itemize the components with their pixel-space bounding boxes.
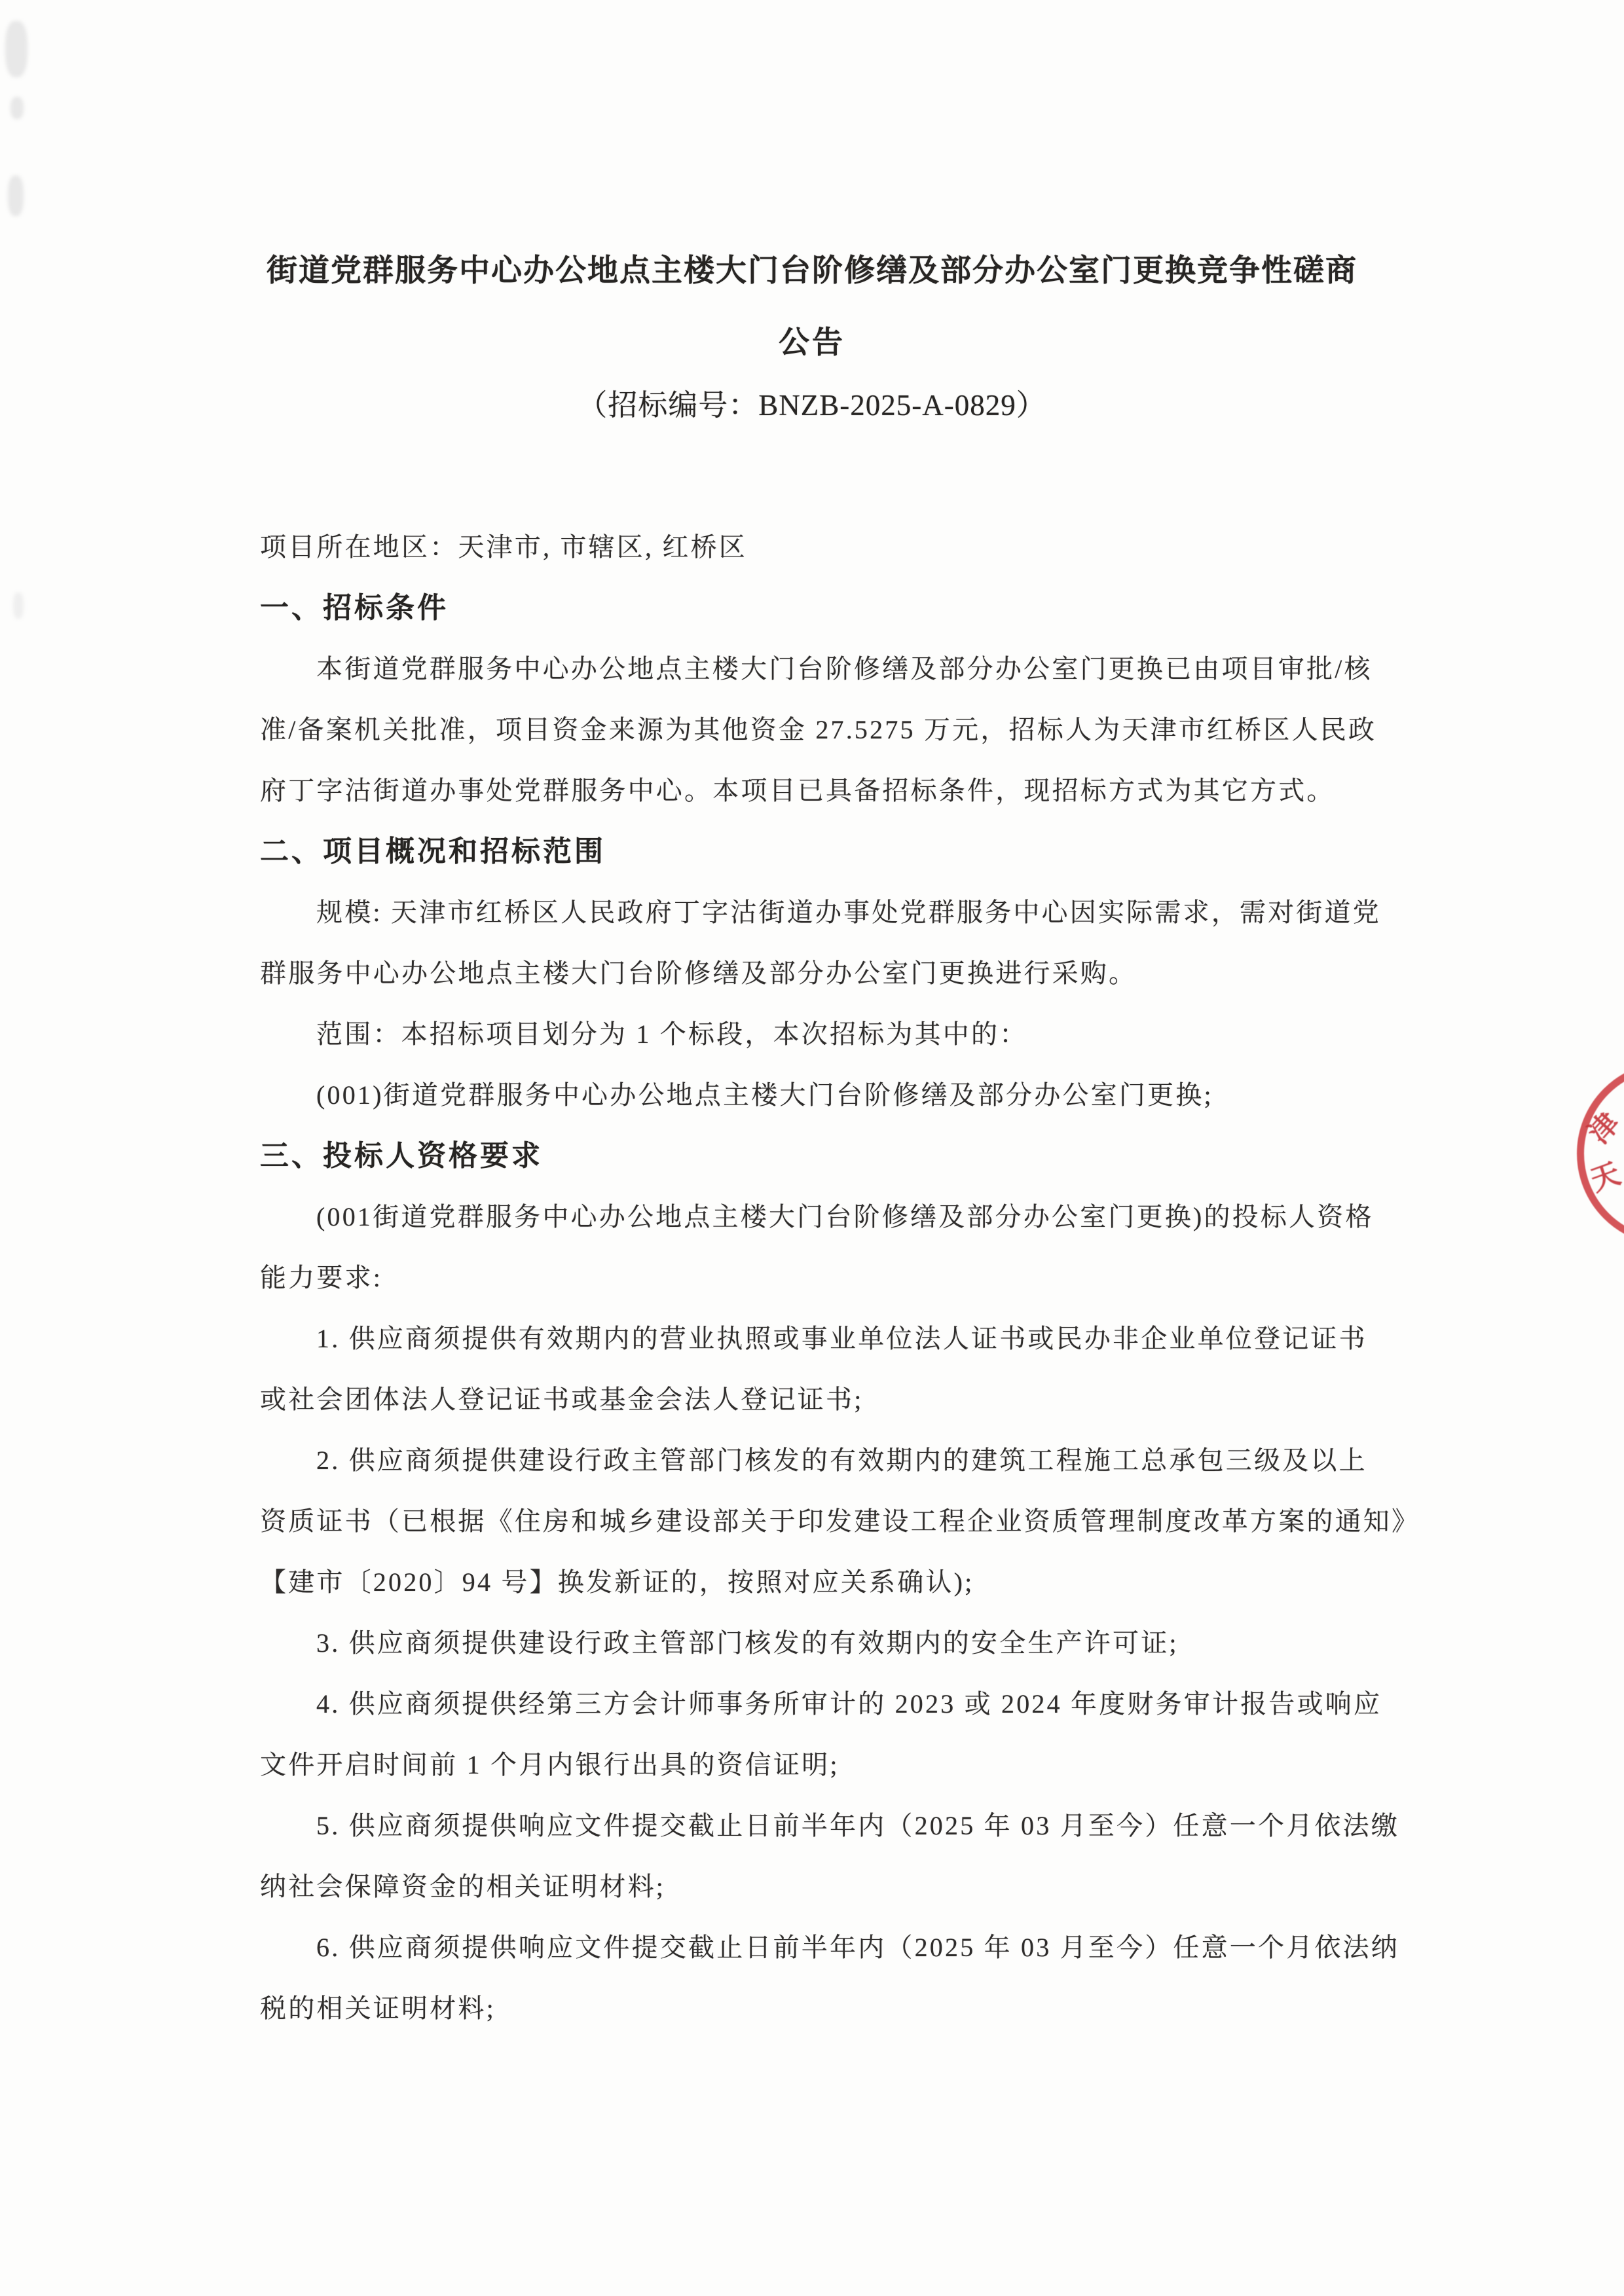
document-line: 范围：本招标项目划分为 1 个标段，本次招标为其中的： [260,1004,1386,1065]
document-line: 能力要求: [260,1247,1386,1308]
scan-smudge [5,21,28,77]
scan-smudge [8,175,24,216]
document-line: 纳社会保障资金的相关证明材料; [260,1856,1386,1917]
document-title-line2: 公告 [0,318,1624,362]
requirement-item-3: 3. 供应商须提供建设行政主管部门核发的有效期内的安全生产许可证; [260,1613,1386,1673]
requirement-item-6: 6. 供应商须提供响应文件提交截止日前半年内（2025 年 03 月至今）任意一… [260,1917,1386,1978]
document-line: 准/备案机关批准，项目资金来源为其他资金 27.5275 万元，招标人为天津市红… [260,699,1386,760]
document-line: 或社会团体法人登记证书或基金会法人登记证书; [260,1369,1386,1430]
scan-smudge [13,592,24,619]
document-line: 规模: 天津市红桥区人民政府丁字沽街道办事处党群服务中心因实际需求，需对街道党 [260,882,1386,943]
document-line: 资质证书（已根据《住房和城乡建设部关于印发建设工程企业资质管理制度改革方案的通知… [260,1491,1386,1552]
document-line: (001街道党群服务中心办公地点主楼大门台阶修缮及部分办公室门更换)的投标人资格 [260,1186,1386,1247]
document-line: 税的相关证明材料; [260,1978,1386,2039]
document-line: 【建市〔2020〕94 号】换发新证的，按照对应关系确认); [260,1552,1386,1613]
document-line: (001)街道党群服务中心办公地点主楼大门台阶修缮及部分办公室门更换; [260,1065,1386,1125]
document-line: 群服务中心办公地点主楼大门台阶修缮及部分办公室门更换进行采购。 [260,943,1386,1004]
document-title-line1: 街道党群服务中心办公地点主楼大门台阶修缮及部分办公室门更换竞争性磋商 [0,246,1624,290]
document-body: 项目所在地区：天津市, 市辖区, 红桥区 一、招标条件 本街道党群服务中心办公地… [260,517,1386,2039]
document-line: 府丁字沽街道办事处党群服务中心。本项目已具备招标条件，现招标方式为其它方式。 [260,760,1386,821]
requirement-item-5: 5. 供应商须提供响应文件提交截止日前半年内（2025 年 03 月至今）任意一… [260,1795,1386,1856]
document-line: 文件开启时间前 1 个月内银行出具的资信证明; [260,1734,1386,1795]
section-heading-2: 二、项目概况和招标范围 [260,821,1386,882]
tender-number: （招标编号：BNZB-2025-A-0829） [0,381,1624,424]
scanned-document-page: 街道党群服务中心办公地点主楼大门台阶修缮及部分办公室门更换竞争性磋商 公告 （招… [0,0,1624,2296]
requirement-item-2: 2. 供应商须提供建设行政主管部门核发的有效期内的建筑工程施工总承包三级及以上 [260,1430,1386,1491]
scan-smudge [10,97,24,119]
requirement-item-1: 1. 供应商须提供有效期内的营业执照或事业单位法人证书或民办非企业单位登记证书 [260,1308,1386,1369]
requirement-item-4: 4. 供应商须提供经第三方会计师事务所审计的 2023 或 2024 年度财务审… [260,1673,1386,1734]
document-line: 本街道党群服务中心办公地点主楼大门台阶修缮及部分办公室门更换已由项目审批/核 [260,638,1386,699]
project-location-line: 项目所在地区：天津市, 市辖区, 红桥区 [260,517,1386,577]
section-heading-3: 三、投标人资格要求 [260,1125,1386,1186]
section-heading-1: 一、招标条件 [260,577,1386,638]
